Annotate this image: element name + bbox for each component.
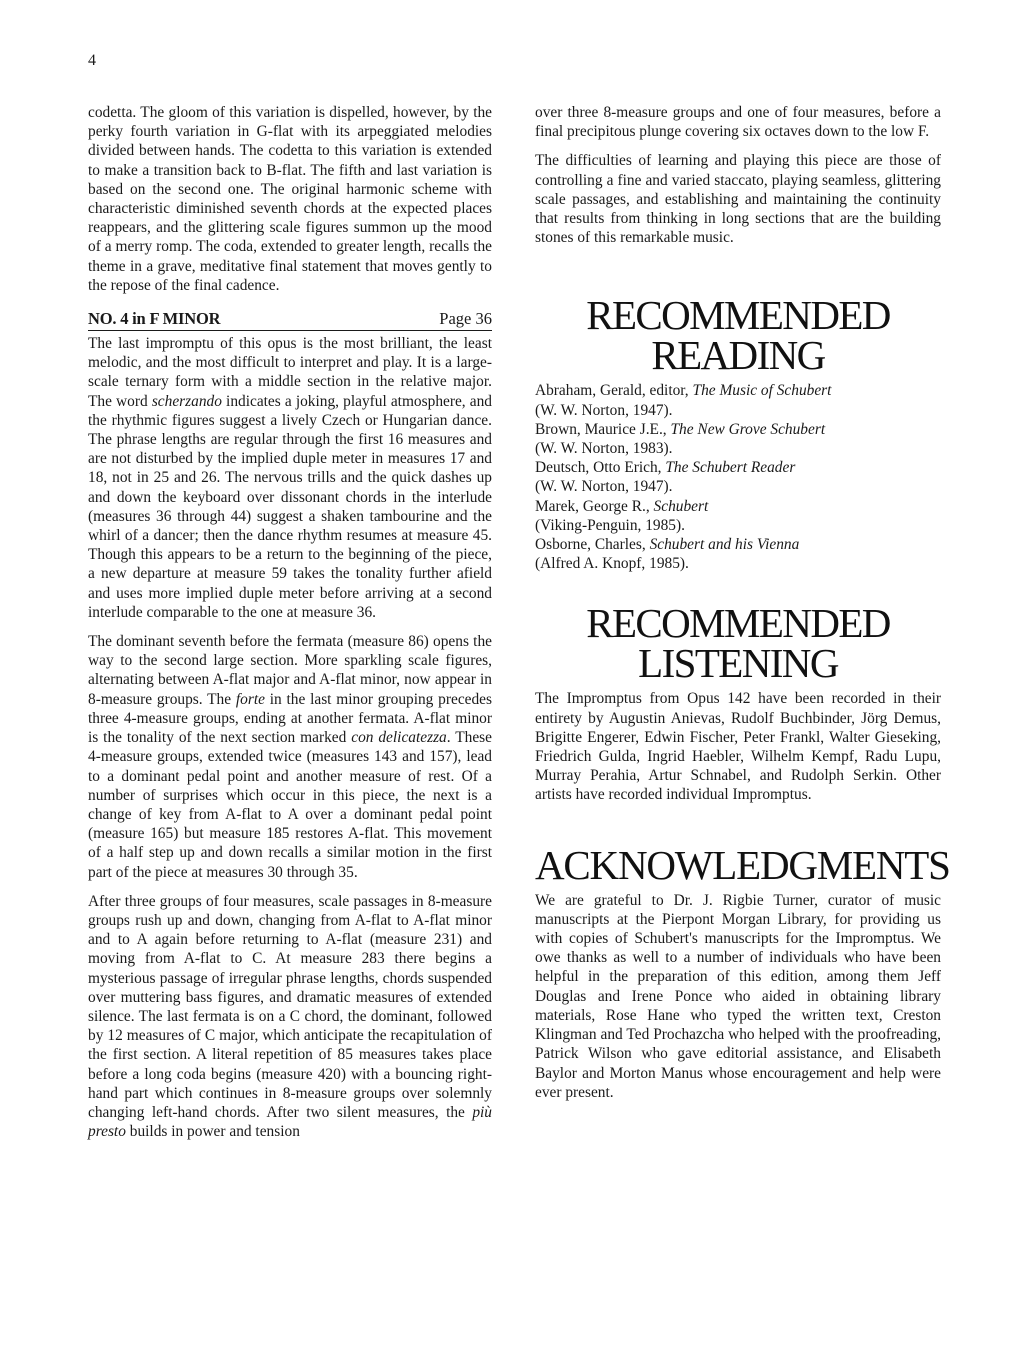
acknowledgments-text: We are grateful to Dr. J. Rigbie Turner,…	[535, 891, 941, 1102]
section-title: NO. 4 in F MINOR	[88, 309, 220, 329]
bibliography-list: Abraham, Gerald, editor, The Music of Sc…	[535, 381, 941, 573]
page-number: 4	[88, 52, 96, 70]
recommended-reading-heading: RECOMMENDED READING	[535, 295, 941, 375]
no4-paragraph-coda: After three groups of four measures, sca…	[88, 892, 492, 1142]
no4-paragraph-ending: over three 8-measure groups and one of f…	[535, 103, 941, 141]
no4-paragraph-intro: The last impromptu of this opus is the m…	[88, 334, 492, 622]
left-column: codetta. The gloom of this variation is …	[88, 103, 492, 1151]
term-forte: forte	[236, 691, 265, 708]
bibliography-entry: Deutsch, Otto Erich, The Schubert Reader…	[535, 458, 913, 496]
no4-paragraph-middle: The dominant seventh before the fermata …	[88, 632, 492, 882]
term-con-delicatezza: con delicatezza	[351, 729, 447, 746]
bibliography-entry: Abraham, Gerald, editor, The Music of Sc…	[535, 381, 913, 419]
term-scherzando: scherzando	[152, 393, 222, 410]
acknowledgments-heading: ACKNOWLEDGMENTS	[535, 845, 941, 885]
recommended-listening-text: The Impromptus from Opus 142 have been r…	[535, 689, 941, 804]
recommended-listening-heading: RECOMMENDED LISTENING	[535, 603, 941, 683]
bibliography-entry: Marek, George R., Schubert(Viking-Pengui…	[535, 497, 913, 535]
right-column: over three 8-measure groups and one of f…	[535, 103, 941, 1112]
difficulties-paragraph: The difficulties of learning and playing…	[535, 151, 941, 247]
bibliography-entry: Osborne, Charles, Schubert and his Vienn…	[535, 535, 913, 573]
section-heading-no4: NO. 4 in F MINOR Page 36	[88, 309, 492, 331]
section-page-ref: Page 36	[439, 309, 492, 329]
bibliography-entry: Brown, Maurice J.E., The New Grove Schub…	[535, 420, 913, 458]
variation-paragraph: codetta. The gloom of this variation is …	[88, 103, 492, 295]
